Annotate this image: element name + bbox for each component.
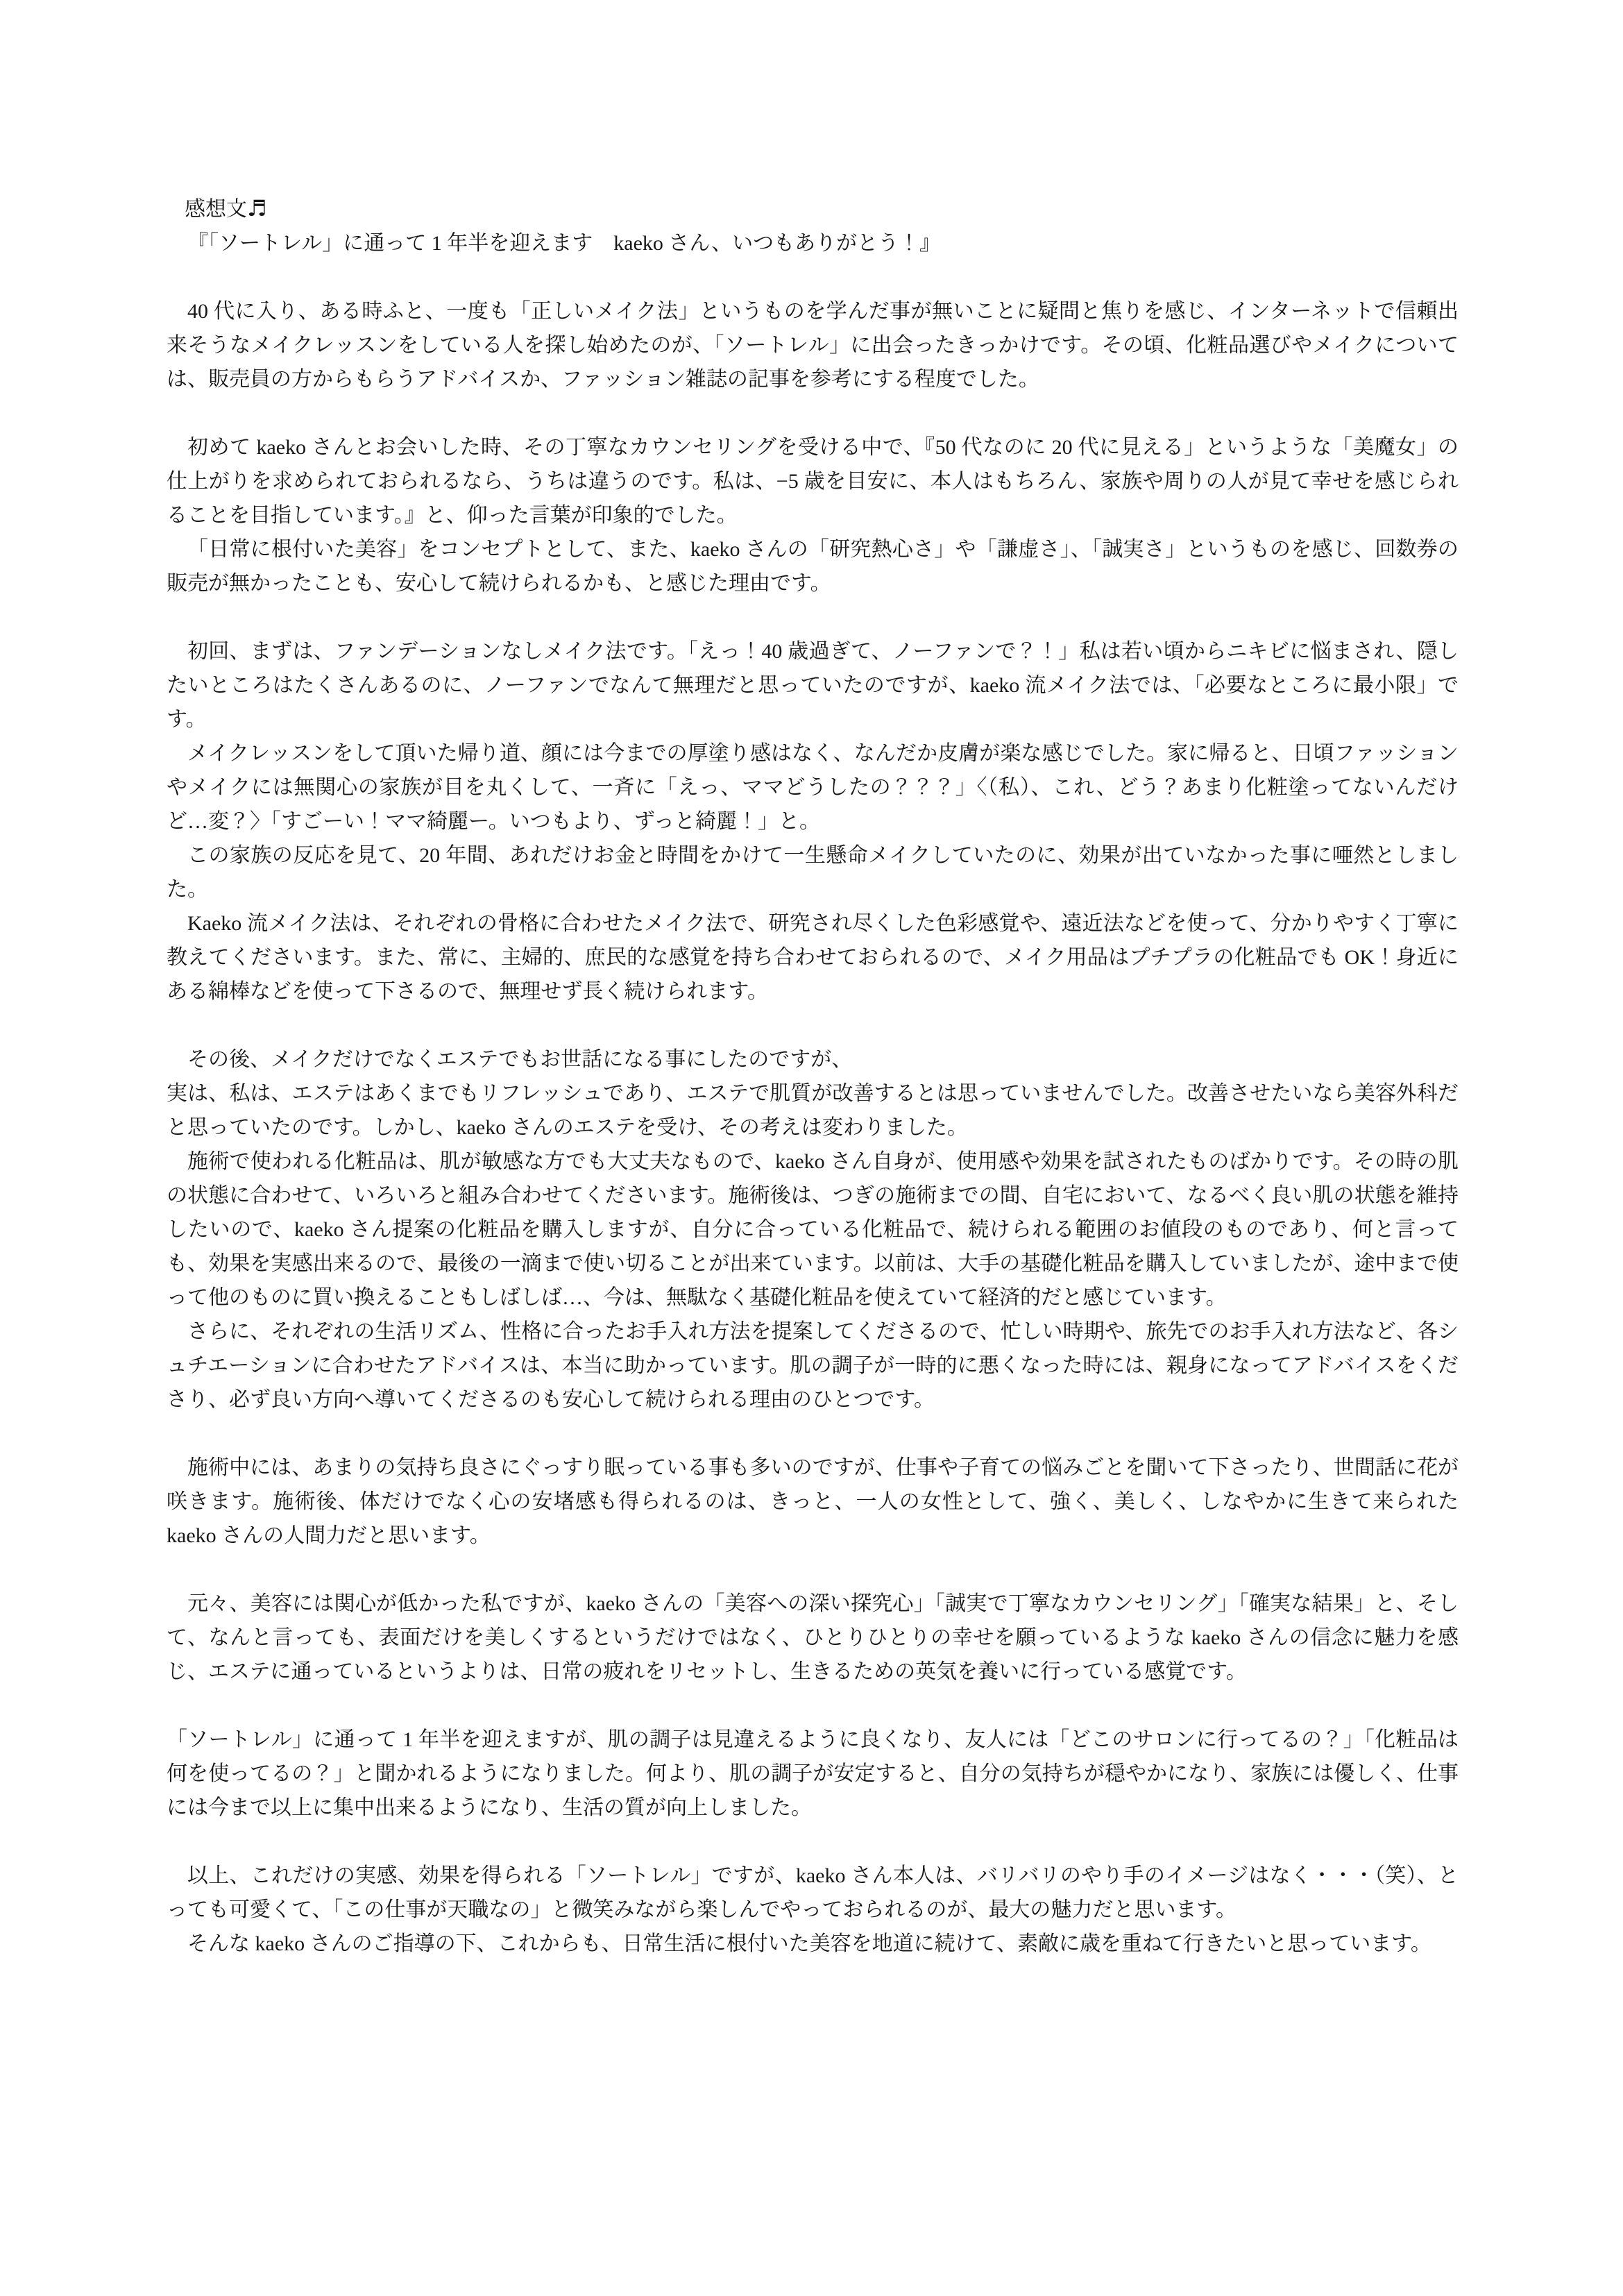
paragraph: 元々、美容には関心が低かった私ですが、kaeko さんの「美容への深い探究心」「… (167, 1587, 1459, 1689)
paragraph: 以上、これだけの実感、効果を得られる「ソートレル」ですが、kaeko さん本人は… (167, 1859, 1459, 1927)
paragraph: 施術中には、あまりの気持ち良さにぐっすり眠っている事も多いのですが、仕事や子育て… (167, 1451, 1459, 1553)
paragraph: 初回、まずは、ファンデーションなしメイク法です。「えっ！40 歳過ぎて、ノーファ… (167, 634, 1459, 736)
paragraph-list: 40 代に入り、ある時ふと、一度も「正しいメイク法」というものを学んだ事が無いこ… (167, 294, 1459, 1961)
paragraph: 施術で使われる化粧品は、肌が敏感な方でも大丈夫なもので、kaeko さん自身が、… (167, 1145, 1459, 1315)
paragraph: 初めて kaeko さんとお会いした時、その丁寧なカウンセリングを受ける中で、『… (167, 430, 1459, 532)
paragraph: そんな kaeko さんのご指導の下、これからも、日常生活に根付いた美容を地道に… (167, 1927, 1459, 1961)
document-content: 感想文♬ 『「ソートレル」に通って 1 年半を迎えます kaeko さん、いつも… (167, 192, 1459, 1961)
paragraph: 40 代に入り、ある時ふと、一度も「正しいメイク法」というものを学んだ事が無いこ… (167, 294, 1459, 396)
paragraph: さらに、それぞれの生活リズム、性格に合ったお手入れ方法を提案してくださるので、忙… (167, 1315, 1459, 1417)
paragraph: その後、メイクだけでなくエステでもお世話になる事にしたのですが、 (167, 1043, 1459, 1077)
paragraph: Kaeko 流メイク法は、それぞれの骨格に合わせたメイク法で、研究され尽くした色… (167, 906, 1459, 1008)
document-title: 感想文♬ (167, 192, 1459, 226)
document-page: 感想文♬ 『「ソートレル」に通って 1 年半を迎えます kaeko さん、いつも… (0, 0, 1623, 2296)
paragraph: この家族の反応を見て、20 年間、あれだけお金と時間をかけて一生懸命メイクしてい… (167, 838, 1459, 906)
music-note-icon: ♬ (247, 195, 267, 221)
paragraph: 「日常に根付いた美容」をコンセプトとして、また、kaeko さんの「研究熱心さ」… (167, 532, 1459, 600)
document-title-text: 感想文 (185, 198, 247, 221)
paragraph: 実は、私は、エステはあくまでもリフレッシュであり、エステで肌質が改善するとは思っ… (167, 1077, 1459, 1145)
paragraph: メイクレッスンをして頂いた帰り道、顔には今までの厚塗り感はなく、なんだか皮膚が楽… (167, 736, 1459, 838)
paragraph: 「ソートレル」に通って 1 年半を迎えますが、肌の調子は見違えるように良くなり、… (167, 1723, 1459, 1825)
document-subtitle: 『「ソートレル」に通って 1 年半を迎えます kaeko さん、いつもありがとう… (167, 226, 1459, 260)
